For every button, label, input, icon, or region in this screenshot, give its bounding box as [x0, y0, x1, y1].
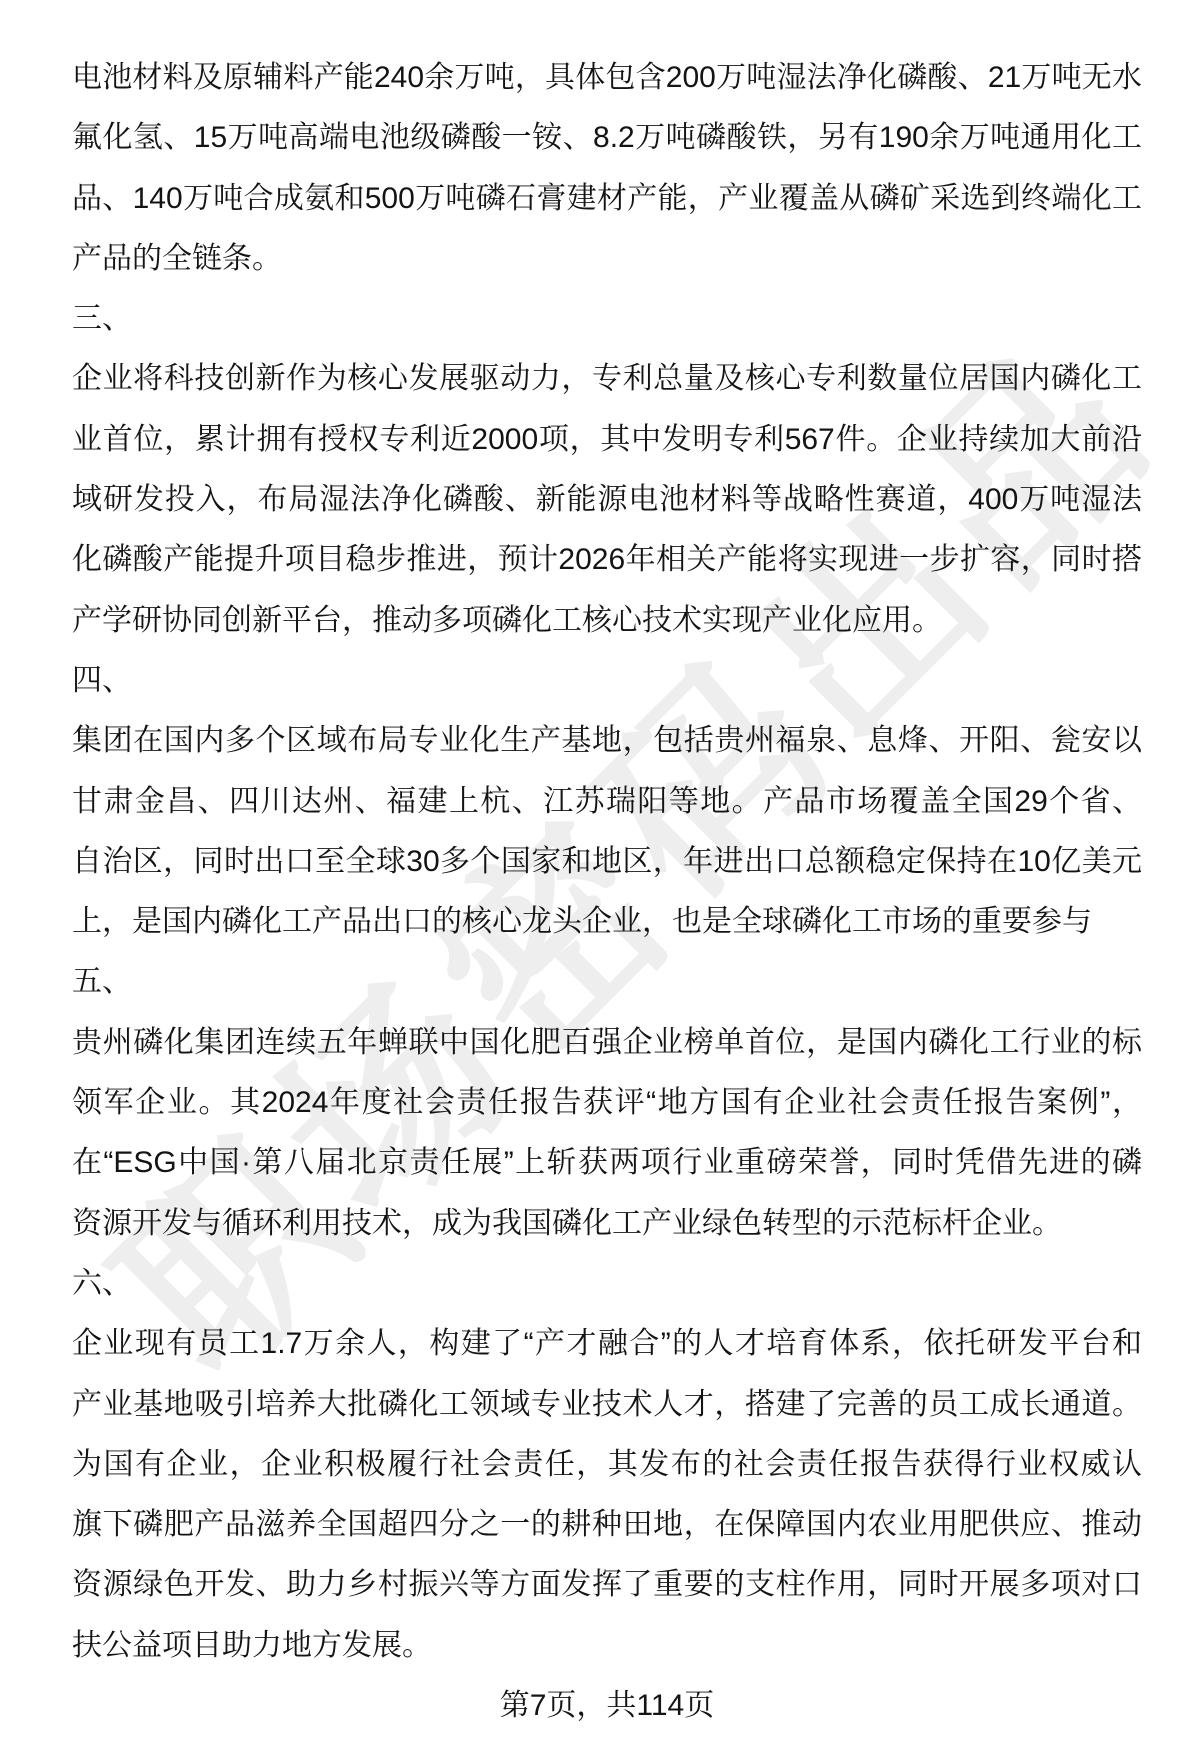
text-line: 品、140万吨合成氨和500万吨磷石膏建材产能，产业覆盖从磷矿采选到终端化工	[72, 169, 1142, 229]
document-body: 电池材料及原辅料产能240余万吨，具体包含200万吨湿法净化磷酸、21万吨无水 …	[72, 48, 1142, 1676]
text-line: 领军企业。其2024年度社会责任报告获评“地方国有企业社会责任报告案例”，	[72, 1073, 1142, 1133]
text-line: 贵州磷化集团连续五年蝉联中国化肥百强企业榜单首位，是国内磷化工行业的标杆	[72, 1013, 1142, 1073]
text-line: 自治区，同时出口至全球30多个国家和地区，年进出口总额稳定保持在10亿美元以	[72, 832, 1142, 892]
text-line: 扶公益项目助力地方发展。	[72, 1616, 1142, 1676]
text-line: 产学研协同创新平台，推动多项磷化工核心技术实现产业化应用。	[72, 591, 1142, 651]
text-line: 电池材料及原辅料产能240余万吨，具体包含200万吨湿法净化磷酸、21万吨无水	[72, 48, 1142, 108]
text-line: 产品的全链条。	[72, 229, 1142, 289]
text-line: 化磷酸产能提升项目稳步推进，预计2026年相关产能将实现进一步扩容，同时搭建	[72, 530, 1142, 590]
text-line: 在“ESG中国·第八届北京责任展”上斩获两项行业重磅荣誉，同时凭借先进的磷	[72, 1133, 1142, 1193]
text-line: 甘肃金昌、四川达州、福建上杭、江苏瑞阳等地。产品市场覆盖全国29个省、市、	[72, 772, 1142, 832]
text-line: 企业现有员工1.7万余人，构建了“产才融合”的人才培育体系，依托研发平台和	[72, 1314, 1142, 1374]
page-footer: 第7页，共114页	[72, 1676, 1142, 1736]
document-page: 职场密码出品 电池材料及原辅料产能240余万吨，具体包含200万吨湿法净化磷酸、…	[0, 0, 1200, 1755]
text-line: 氟化氢、15万吨高端电池级磷酸一铵、8.2万吨磷酸铁，另有190余万吨通用化工	[72, 108, 1142, 168]
text-line: 旗下磷肥产品滋养全国超四分之一的耕种田地，在保障国内农业用肥供应、推动磷	[72, 1495, 1142, 1555]
text-line: 上，是国内磷化工产品出口的核心龙头企业，也是全球磷化工市场的重要参与者。	[72, 892, 1142, 952]
text-line: 业首位，累计拥有授权专利近2000项，其中发明专利567件。企业持续加大前沿领	[72, 410, 1142, 470]
text-line: 资源绿色开发、助力乡村振兴等方面发挥了重要的支柱作用，同时开展多项对口帮	[72, 1555, 1142, 1615]
text-line: 产业基地吸引培养大批磷化工领域专业技术人才，搭建了完善的员工成长通道。作	[72, 1375, 1142, 1435]
text-line: 四、	[72, 651, 1142, 711]
text-line: 五、	[72, 952, 1142, 1012]
text-line: 集团在国内多个区域布局专业化生产基地，包括贵州福泉、息烽、开阳、瓮安以及	[72, 711, 1142, 771]
text-line: 域研发投入，布局湿法净化磷酸、新能源电池材料等战略性赛道，400万吨湿法净	[72, 470, 1142, 530]
text-line: 资源开发与循环利用技术，成为我国磷化工产业绿色转型的示范标杆企业。	[72, 1194, 1142, 1254]
text-line: 三、	[72, 289, 1142, 349]
text-line: 为国有企业，企业积极履行社会责任，其发布的社会责任报告获得行业权威认可，	[72, 1435, 1142, 1495]
footer-container: 第7页，共114页	[72, 1676, 1142, 1736]
text-line: 企业将科技创新作为核心发展驱动力，专利总量及核心专利数量位居国内磷化工行	[72, 349, 1142, 409]
text-line: 六、	[72, 1254, 1142, 1314]
